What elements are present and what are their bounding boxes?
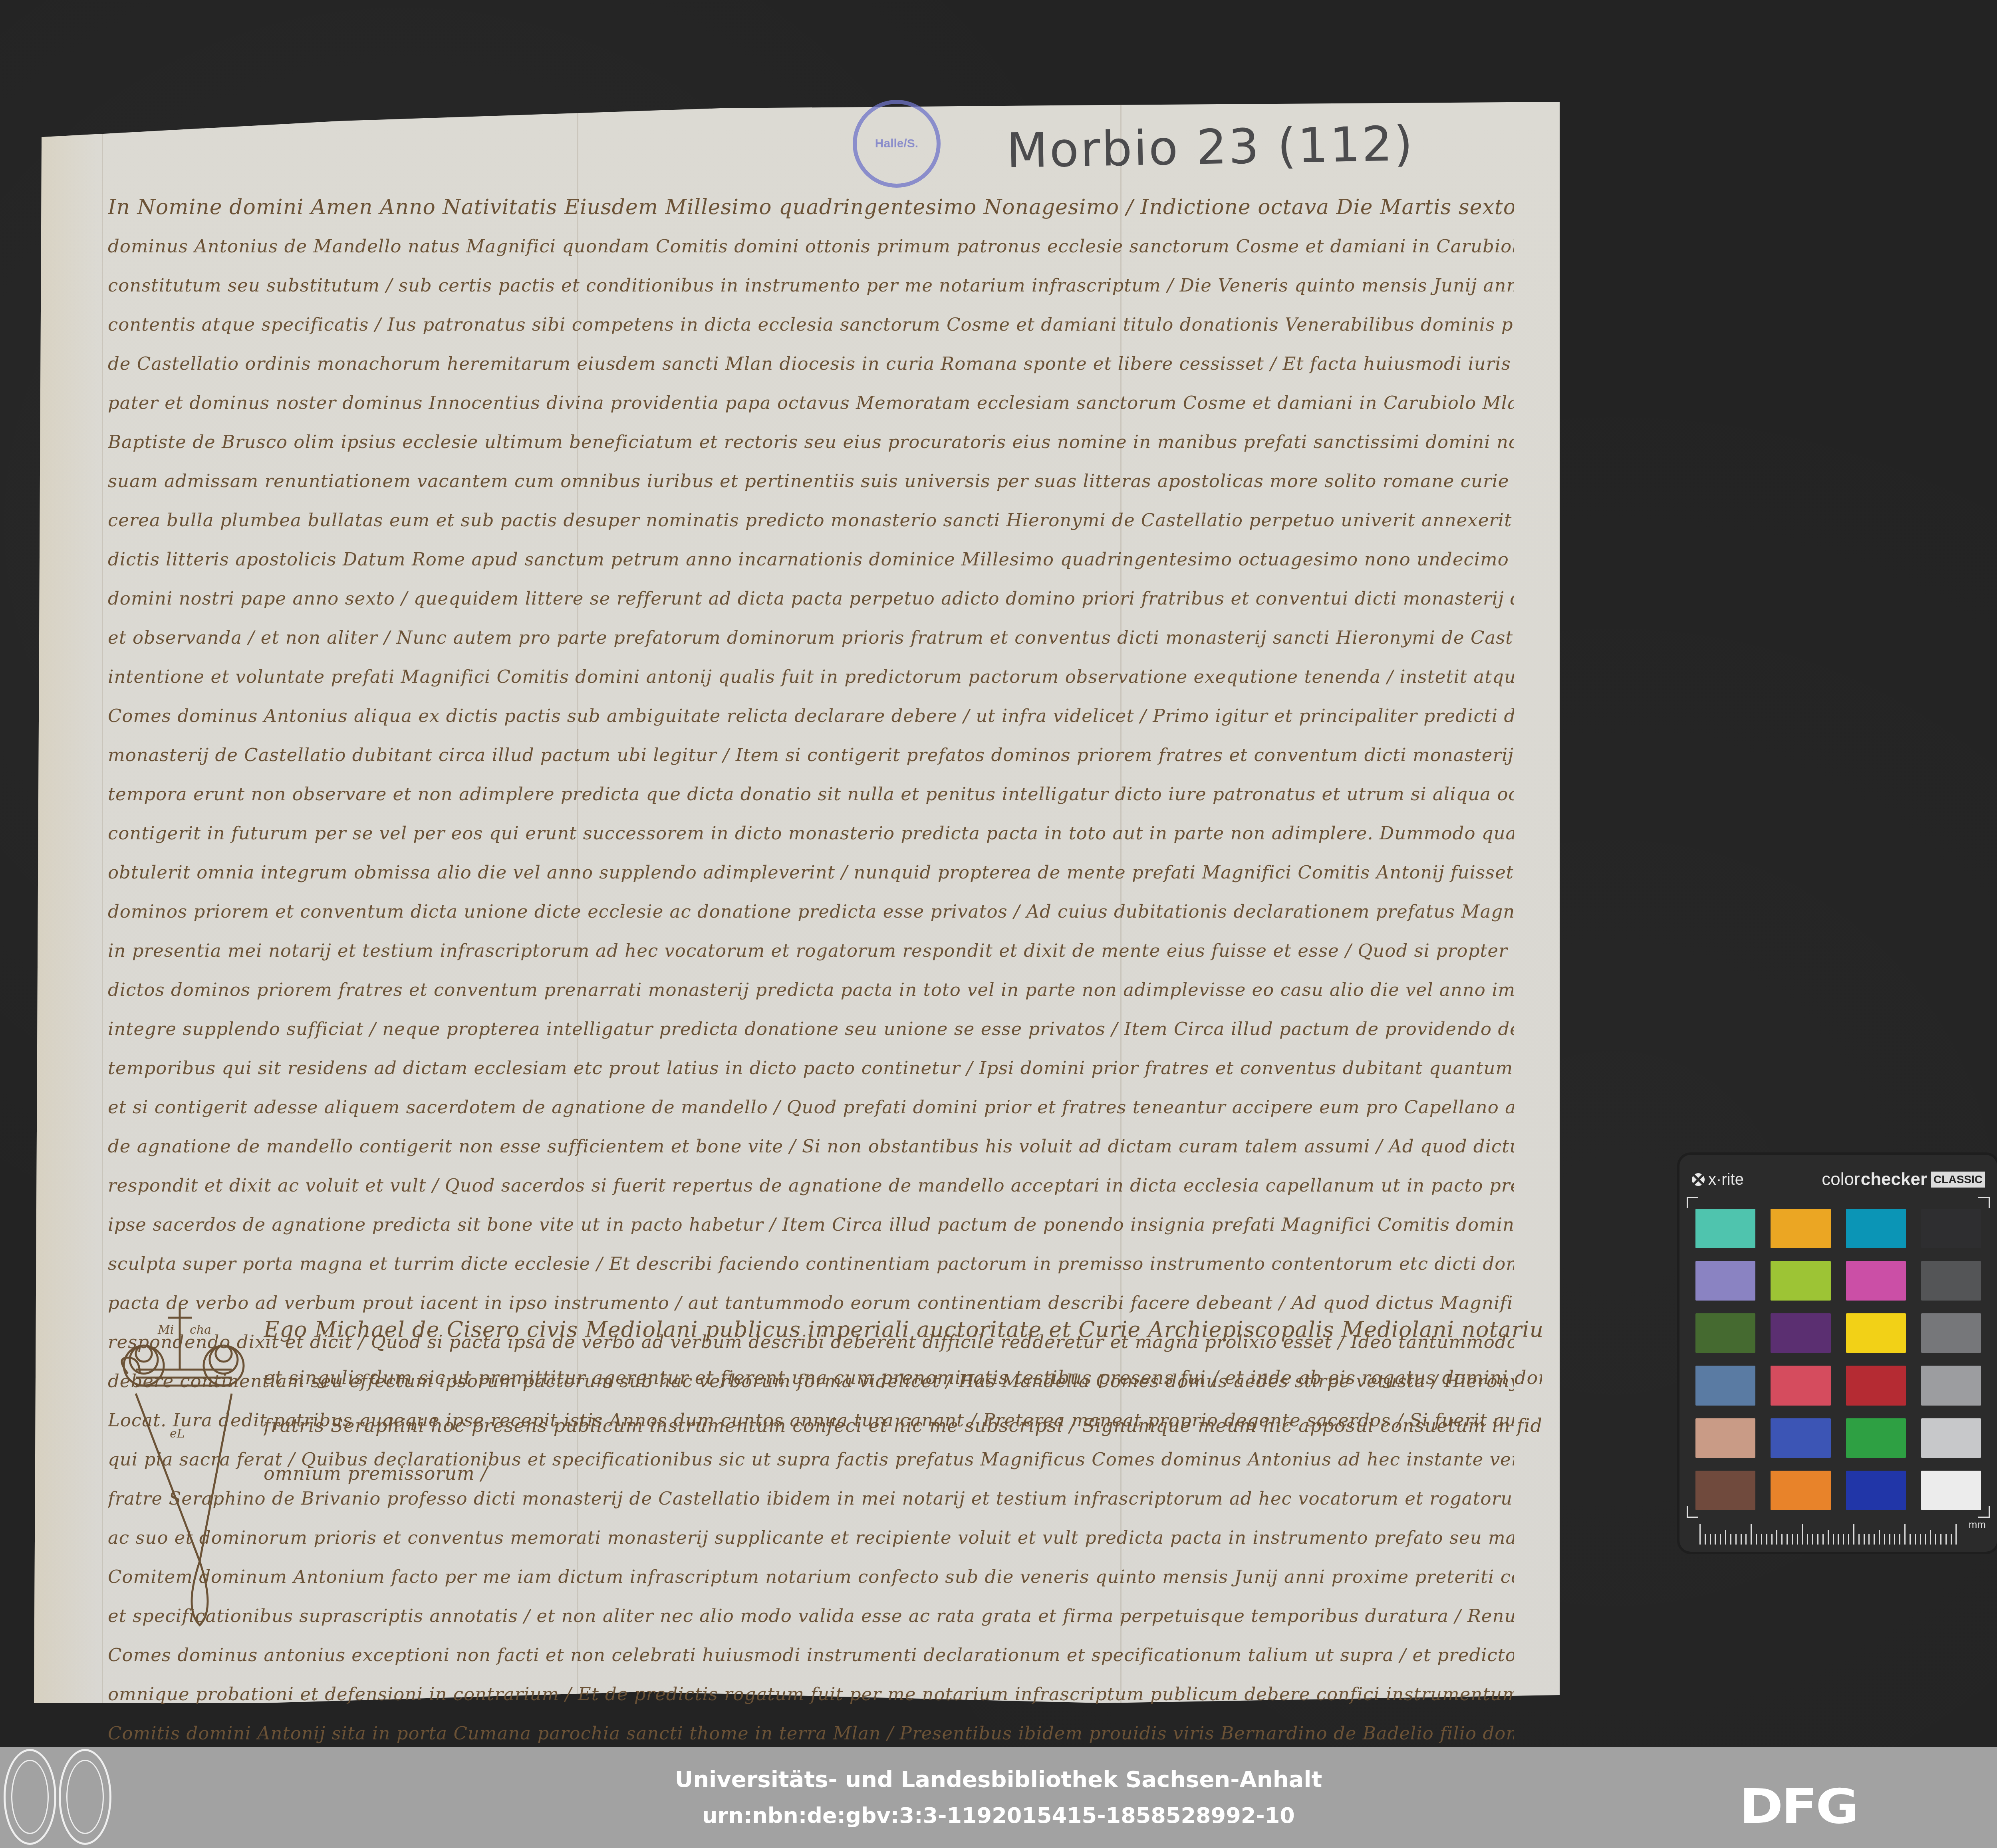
library-stamp: Halle/S.	[853, 100, 941, 188]
color-patch	[1921, 1209, 1981, 1248]
classic-badge: CLASSIC	[1931, 1172, 1985, 1188]
ruler-tick	[1812, 1534, 1813, 1545]
ruler-tick	[1710, 1534, 1711, 1545]
color-patch	[1771, 1471, 1830, 1510]
fold-line	[102, 102, 103, 1703]
color-patch	[1846, 1313, 1906, 1353]
urn-identifier: urn:nbn:de:gbv:3:3-1192015415-1858528992…	[702, 1798, 1295, 1834]
footer-credit: Universitäts- und Landesbibliothek Sachs…	[559, 1747, 1438, 1848]
manuscript-line: in presentia mei notarij et testium infr…	[108, 931, 1514, 970]
color-patch	[1846, 1209, 1906, 1248]
manuscript-line: dominus Antonius de Mandello natus Magni…	[108, 227, 1514, 266]
color-patch	[1695, 1471, 1755, 1510]
ruler-tick	[1899, 1534, 1900, 1545]
color-patch	[1846, 1471, 1906, 1510]
ruler-tick	[1879, 1530, 1880, 1545]
manuscript-line: dictos dominos priorem fratres et conven…	[108, 970, 1514, 1009]
xrite-label: x·rite	[1708, 1171, 1744, 1189]
university-seals	[2, 1749, 118, 1847]
dfg-logo: DFG	[1739, 1785, 1857, 1829]
notary-line: omnium premissorum /	[264, 1449, 1542, 1497]
ruler-tick	[1699, 1524, 1701, 1545]
manuscript-body: In Nomine domini Amen Anno Nativitatis E…	[108, 188, 1514, 1792]
color-patch	[1846, 1261, 1906, 1301]
ruler-tick	[1868, 1534, 1870, 1545]
ruler-tick	[1817, 1534, 1818, 1545]
ruler-tick	[1745, 1534, 1747, 1545]
ruler-tick	[1828, 1530, 1829, 1545]
ruler-tick	[1725, 1530, 1726, 1545]
ruler-tick	[1915, 1534, 1916, 1545]
manuscript-line: dominos priorem et conventum dicta union…	[108, 892, 1514, 931]
xrite-logo-icon	[1691, 1173, 1705, 1186]
ruler-tick	[1874, 1534, 1875, 1545]
stamp-center-text: Halle/S.	[857, 104, 937, 184]
shelfmark-annotation: Morbio 23 (112)	[1006, 116, 1415, 179]
ruler-tick	[1930, 1530, 1931, 1545]
manuscript-line: sculpta super porta magna et turrim dict…	[108, 1244, 1514, 1283]
ruler-tick	[1858, 1534, 1860, 1545]
seal-halle-icon	[4, 1749, 56, 1845]
ruler-tick	[1843, 1534, 1844, 1545]
xrite-brand: x·rite	[1691, 1171, 1744, 1189]
manuscript-line: monasterij de Castellatio dubitant circa…	[108, 736, 1514, 775]
svg-text:eL: eL	[170, 1427, 185, 1441]
notary-line: et singulis dum sic ut premittitur agere…	[264, 1354, 1542, 1402]
ruler-unit-label: mm	[1969, 1519, 1986, 1531]
color-patch	[1771, 1418, 1830, 1458]
ruler-tick	[1776, 1530, 1777, 1545]
ruler-tick	[1822, 1534, 1824, 1545]
ruler-tick	[1951, 1534, 1952, 1545]
manuscript-line: dictis litteris apostolicis Datum Rome a…	[108, 540, 1514, 579]
manuscript-line: In Nomine domini Amen Anno Nativitatis E…	[108, 188, 1514, 227]
ruler-tick	[1787, 1534, 1788, 1545]
ruler-tick	[1864, 1534, 1865, 1545]
ruler-tick	[1807, 1534, 1808, 1545]
colorchecker-card: x·rite color checker CLASSIC mm	[1679, 1155, 1997, 1552]
notary-signum-icon: Mi cha eL	[120, 1306, 272, 1665]
manuscript-line: obtulerit omnia integrum obmissa alio di…	[108, 853, 1514, 892]
manuscript-line: ac suo et dominorum prioris et conventus…	[108, 1518, 1514, 1557]
ruler-tick	[1904, 1524, 1906, 1545]
ruler-tick	[1792, 1534, 1793, 1545]
ruler-tick	[1730, 1534, 1731, 1545]
ruler-tick	[1910, 1534, 1911, 1545]
manuscript-line: respondit et dixit ac voluit et vult / Q…	[108, 1166, 1514, 1205]
ruler-tick	[1838, 1534, 1839, 1545]
color-patch	[1695, 1313, 1755, 1353]
color-patch	[1695, 1418, 1755, 1458]
manuscript-line: et si contigerit adesse aliquem sacerdot…	[108, 1088, 1514, 1127]
manuscript-line: de Castellatio ordinis monachorum heremi…	[108, 344, 1514, 383]
manuscript-line: suam admissam renuntiationem vacantem cu…	[108, 462, 1514, 501]
color-patch	[1695, 1366, 1755, 1405]
ruler-tick	[1889, 1534, 1890, 1545]
ruler-tick	[1771, 1534, 1773, 1545]
color-patch	[1771, 1313, 1830, 1353]
ruler-tick	[1945, 1534, 1947, 1545]
crop-mark	[1687, 1197, 1698, 1208]
manuscript-line: et specificationibus suprascriptis annot…	[108, 1596, 1514, 1636]
ruler-tick	[1848, 1534, 1849, 1545]
color-patch	[1921, 1418, 1981, 1458]
ruler-tick	[1715, 1534, 1716, 1545]
seal-wittenberg-icon	[59, 1749, 111, 1845]
colorchecker-title: color checker CLASSIC	[1822, 1170, 1985, 1190]
ruler-tick	[1735, 1534, 1737, 1545]
manuscript-line: tempora erunt non observare et non adimp…	[108, 775, 1514, 814]
manuscript-line: de agnatione de mandello contigerit non …	[108, 1127, 1514, 1166]
ruler-tick	[1955, 1524, 1957, 1545]
manuscript-line: Comitem dominum Antonium facto per me ia…	[108, 1557, 1514, 1596]
color-patch	[1846, 1366, 1906, 1405]
color-patch	[1771, 1366, 1830, 1405]
manuscript-line: cerea bulla plumbea bullatas eum et sub …	[108, 501, 1514, 540]
manuscript-line: omnique probationi et defensioni in cont…	[108, 1675, 1514, 1714]
ruler-tick	[1781, 1534, 1783, 1545]
ruler-tick	[1741, 1534, 1742, 1545]
manuscript-line: constitutum seu substitutum / sub certis…	[108, 266, 1514, 305]
ruler-tick	[1720, 1534, 1721, 1545]
notary-text: Ego Michael de Cisero civis Mediolani pu…	[264, 1306, 1542, 1497]
ruler-tick	[1894, 1534, 1895, 1545]
notary-line: Ego Michael de Cisero civis Mediolani pu…	[264, 1306, 1542, 1354]
color-patch	[1771, 1209, 1830, 1248]
ruler-tick	[1751, 1524, 1752, 1545]
colorchecker-header: x·rite color checker CLASSIC	[1691, 1168, 1985, 1192]
color-patch	[1921, 1313, 1981, 1353]
color-patch	[1921, 1261, 1981, 1301]
ruler-tick	[1797, 1534, 1798, 1545]
ruler-tick	[1920, 1534, 1921, 1545]
svg-text:cha: cha	[190, 1323, 211, 1337]
manuscript-line: contigerit in futurum per se vel per eos…	[108, 814, 1514, 853]
ruler-tick	[1925, 1534, 1926, 1545]
color-patch	[1695, 1209, 1755, 1248]
ruler-tick	[1853, 1524, 1854, 1545]
manuscript-line: Baptiste de Brusco olim ipsius ecclesie …	[108, 422, 1514, 462]
color-patch	[1921, 1471, 1981, 1510]
title-bold: checker	[1861, 1170, 1927, 1190]
manuscript-line: ipse sacerdos de agnatione predicta sit …	[108, 1205, 1514, 1244]
ruler-tick	[1756, 1534, 1757, 1545]
color-patch	[1921, 1366, 1981, 1405]
color-patch	[1846, 1418, 1906, 1458]
ruler-tick	[1884, 1534, 1885, 1545]
color-patch-grid	[1695, 1209, 1981, 1510]
manuscript-line: Comes dominus antonius exceptioni non fa…	[108, 1636, 1514, 1675]
footer-bar: Universitäts- und Landesbibliothek Sachs…	[0, 1747, 1997, 1848]
ruler-tick	[1761, 1534, 1762, 1545]
crop-mark	[1978, 1197, 1990, 1208]
ruler-tick	[1705, 1534, 1706, 1545]
ruler-tick	[1833, 1534, 1834, 1545]
ruler-tick	[1935, 1534, 1936, 1545]
manuscript-line: et observanda / et non aliter / Nunc aut…	[108, 618, 1514, 657]
svg-text:Mi: Mi	[157, 1323, 174, 1337]
manuscript-line: integre supplendo sufficiat / neque prop…	[108, 1009, 1514, 1049]
manuscript-line: intentione et voluntate prefati Magnific…	[108, 657, 1514, 696]
notary-line: fratris Seraphini hoc presens publicum i…	[264, 1402, 1542, 1449]
manuscript-line: contentis atque specificatis / Ius patro…	[108, 305, 1514, 344]
manuscript-line: domini nostri pape anno sexto / quequide…	[108, 579, 1514, 618]
manuscript-line: Comes dominus Antonius aliqua ex dictis …	[108, 696, 1514, 736]
color-patch	[1771, 1261, 1830, 1301]
title-light: color	[1822, 1170, 1860, 1190]
institution-name: Universitäts- und Landesbibliothek Sachs…	[675, 1762, 1322, 1798]
manuscript-line: temporibus qui sit residens ad dictam ec…	[108, 1049, 1514, 1088]
ruler-tick	[1766, 1534, 1767, 1545]
color-patch	[1695, 1261, 1755, 1301]
ruler-tick	[1802, 1524, 1803, 1545]
ruler-tick	[1940, 1534, 1941, 1545]
mm-ruler	[1699, 1521, 1957, 1545]
manuscript-line: pater et dominus noster dominus Innocent…	[108, 383, 1514, 422]
